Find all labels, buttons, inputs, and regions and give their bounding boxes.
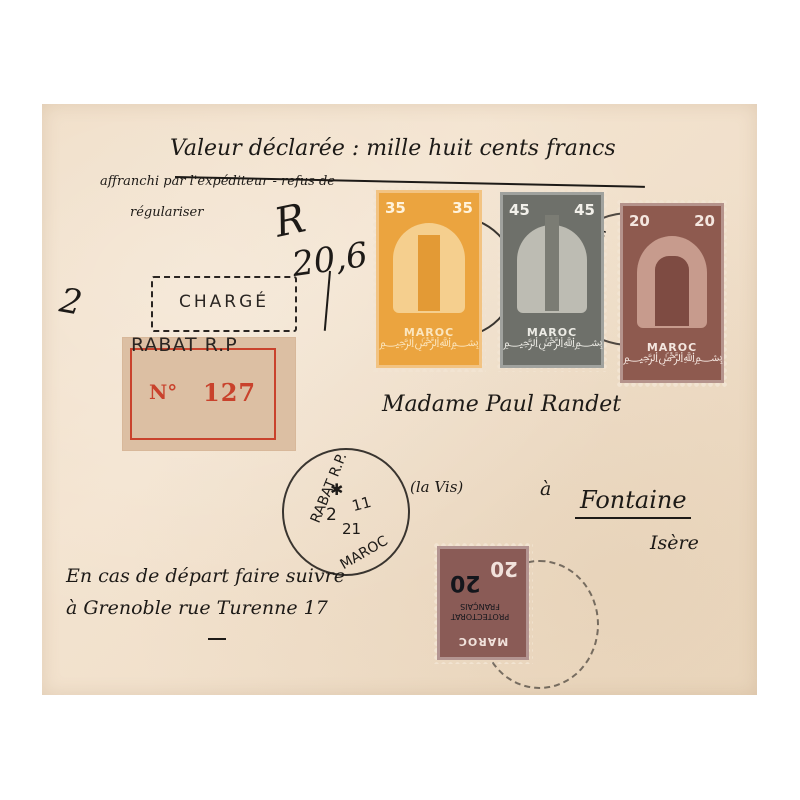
postmark-day: 2 bbox=[326, 505, 337, 525]
stamp-value: 20 bbox=[694, 212, 715, 230]
overprint-text: PROTECTORAT FRANÇAIS bbox=[440, 601, 520, 621]
forwarding-note-line2: à Grenoble rue Turenne 17 bbox=[66, 597, 328, 619]
stamp-value: 20 bbox=[629, 212, 650, 230]
arabic-script-icon: ﷽ bbox=[379, 333, 479, 355]
address-town: Fontaine bbox=[580, 486, 687, 514]
declared-value-text: Valeur déclarée : mille huit cents franc… bbox=[170, 136, 616, 161]
stamp-35-orange: 35 35 MAROC ﷽ bbox=[376, 190, 482, 368]
forwarding-dash bbox=[208, 638, 226, 640]
stamp-value: 45 bbox=[574, 201, 595, 219]
address-prefix: à bbox=[540, 478, 551, 500]
registration-label: RABAT R.P N° 127 bbox=[123, 338, 295, 450]
stamp-20-brown: 20 20 MAROC ﷽ bbox=[620, 203, 724, 383]
koutoubia-tower-icon bbox=[545, 215, 559, 311]
franking-note-line2: régulariser bbox=[130, 205, 203, 220]
charge-handstamp: CHARGÉ bbox=[151, 276, 297, 332]
address-department: Isère bbox=[650, 532, 699, 554]
stamp-value: 35 bbox=[452, 199, 473, 217]
address-qualifier: (la Vis) bbox=[410, 478, 463, 496]
forwarding-note-line1: En cas de départ faire suivre bbox=[66, 565, 345, 587]
chellah-gate-icon bbox=[655, 256, 689, 326]
address-town-underline bbox=[575, 517, 691, 519]
registration-office: RABAT R.P bbox=[131, 334, 238, 356]
franking-note-line1: affranchi par l'expéditeur - refus de bbox=[100, 174, 335, 189]
registration-number-prefix: N° bbox=[149, 380, 177, 404]
postmark-year: 21 bbox=[342, 520, 361, 538]
overprint-value: 20 bbox=[450, 570, 481, 595]
stamp-20-protectorat-inverted: MAROC 20 PROTECTORAT FRANÇAIS 20 bbox=[437, 546, 529, 660]
registration-number: 127 bbox=[203, 378, 256, 407]
arabic-script-icon: ﷽ bbox=[623, 348, 721, 370]
addressee-name: Madame Paul Randet bbox=[382, 392, 621, 417]
stamp-45-grey: 45 45 MAROC ﷽ bbox=[500, 192, 604, 368]
stamp-value: 35 bbox=[385, 199, 406, 217]
charge-text: CHARGÉ bbox=[153, 292, 295, 312]
postmark-star-icon: ✱ bbox=[330, 480, 343, 499]
stamp-value: 45 bbox=[509, 201, 530, 219]
stamp-value: 20 bbox=[490, 557, 518, 581]
arabic-script-icon: ﷽ bbox=[503, 333, 601, 355]
stamp-country: MAROC bbox=[440, 634, 526, 653]
hassan-tower-icon bbox=[418, 235, 440, 311]
